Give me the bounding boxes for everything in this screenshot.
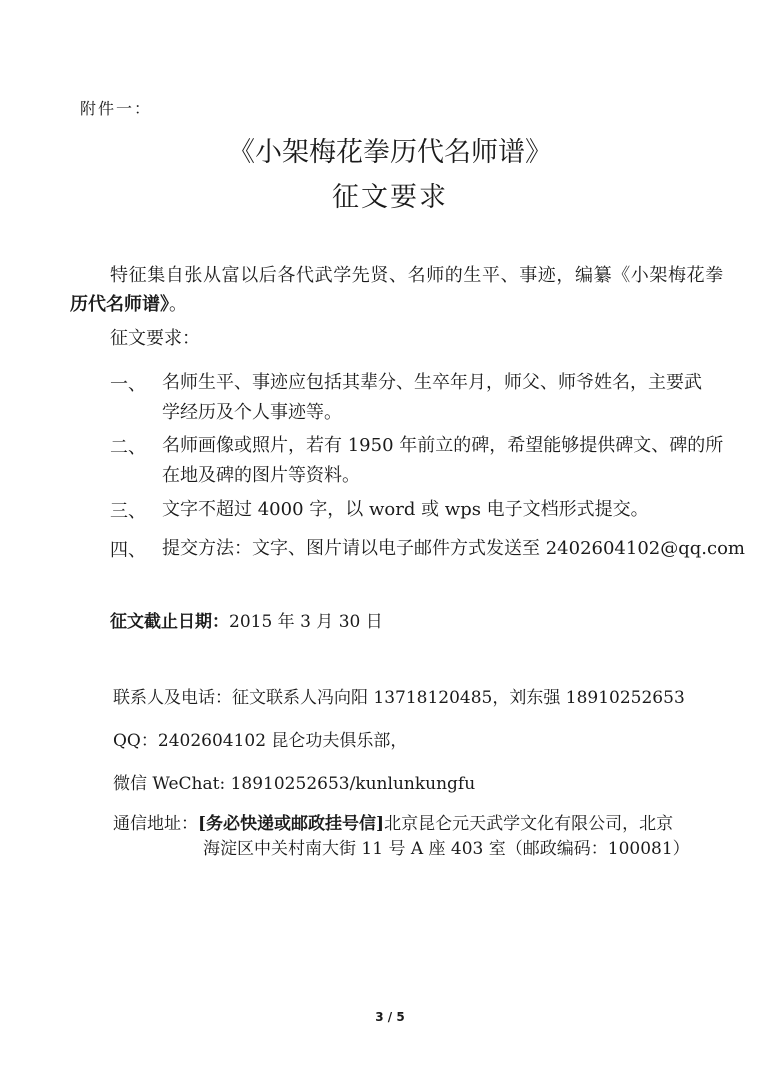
contact-wechat: 微信 WeChat: 18910252653/kunlunkungfu — [113, 769, 475, 794]
item-3-number: 三、 — [110, 497, 146, 523]
item-1-line-1: 名师生平、事迹应包括其辈分、生卒年月，师父、师爷姓名，主要武 — [162, 368, 702, 398]
deadline-value: 2015 年 3 月 30 日 — [229, 612, 383, 632]
deadline: 征文截止日期：2015 年 3 月 30 日 — [110, 607, 383, 632]
intro-line-2: 历代名师谱》。 — [70, 291, 187, 319]
page-number: 3 / 5 — [0, 1010, 780, 1024]
contact-phone: 联系人及电话：征文联系人冯向阳 13718120485，刘东强 18910252… — [113, 683, 685, 708]
item-3-text: 文字不超过 4000 字，以 word 或 wps 电子文档形式提交。 — [162, 495, 649, 525]
item-2-line-2: 在地及碑的图片等资料。 — [162, 461, 723, 491]
document-title: 《小架梅花拳历代名师谱》 — [0, 130, 780, 169]
item-1-number: 一、 — [110, 370, 146, 396]
book-title-bold: 历代名师谱》 — [70, 294, 169, 315]
contact-qq: QQ：2402604102 昆仑功夫俱乐部， — [113, 726, 407, 751]
address-line-2: 海淀区中关村南大街 11 号 A 座 403 室（邮政编码：100081） — [203, 834, 690, 859]
intro-period: 。 — [169, 294, 187, 315]
annex-label: 附件一： — [80, 96, 152, 119]
address-label: 通信地址： — [113, 814, 198, 834]
item-4-number: 四、 — [110, 536, 146, 562]
item-4-text: 提交方法：文字、图片请以电子邮件方式发送至 2402604102@qq.com — [162, 534, 745, 564]
intro-line-1: 特征集自张从富以后各代武学先贤、名师的生平、事迹，编纂《小架梅花拳 — [110, 262, 724, 290]
address-line-1: 北京昆仑元天武学文化有限公司，北京 — [384, 814, 673, 834]
contact-address: 通信地址：[务必快递或邮政挂号信]北京昆仑元天武学文化有限公司，北京 — [113, 809, 673, 834]
requirements-label: 征文要求： — [110, 325, 200, 353]
item-2-text: 名师画像或照片，若有 1950 年前立的碑，希望能够提供碑文、碑的所 在地及碑的… — [162, 431, 723, 491]
item-1-text: 名师生平、事迹应包括其辈分、生卒年月，师父、师爷姓名，主要武 学经历及个人事迹等… — [162, 368, 702, 428]
item-1-line-2: 学经历及个人事迹等。 — [162, 398, 702, 428]
document-subtitle: 征文要求 — [0, 175, 780, 214]
address-note: [务必快递或邮政挂号信] — [198, 814, 384, 834]
deadline-label: 征文截止日期： — [110, 612, 229, 632]
item-2-number: 二、 — [110, 433, 146, 459]
item-2-line-1: 名师画像或照片，若有 1950 年前立的碑，希望能够提供碑文、碑的所 — [162, 431, 723, 461]
